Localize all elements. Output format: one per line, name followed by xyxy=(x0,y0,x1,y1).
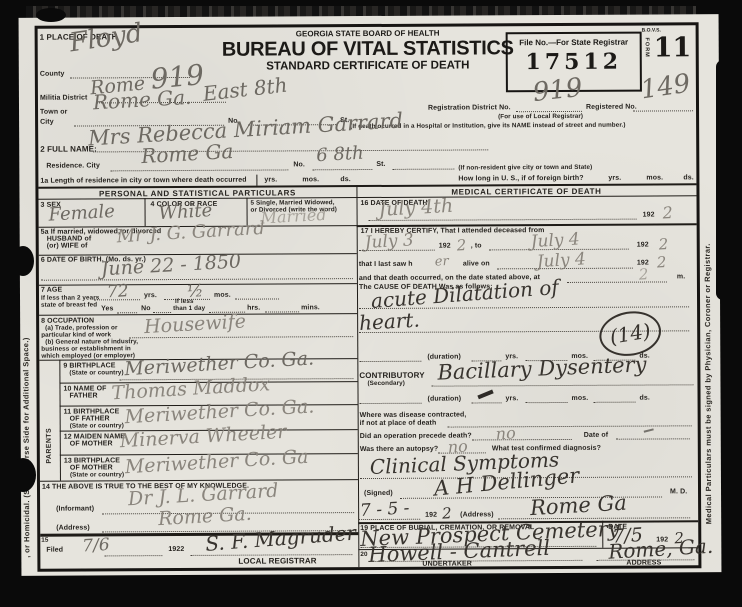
contributory-sub: (Secondary) xyxy=(367,380,405,387)
to-year-digit: 2 xyxy=(658,235,669,254)
contracted-label-2: if not at place of death xyxy=(360,420,437,427)
scanned-death-certificate: , or Homicidal. (See Reverse Side for Ad… xyxy=(0,0,742,607)
right-margin-note: Medical Particulars must be signed by Ph… xyxy=(702,74,713,524)
from-line xyxy=(359,249,435,251)
breastfed-no-label: No xyxy=(141,305,151,312)
duration2-mos: mos. xyxy=(572,395,589,402)
contracted-line xyxy=(448,424,692,427)
dod-year-digit: 2 xyxy=(662,203,673,223)
certificate-form: 1 PLACE OF DEATH Floyd County GEORGIA ST… xyxy=(35,22,702,571)
left-margin-note: , or Homicidal. (See Reverse Side for Ad… xyxy=(20,138,31,558)
sign-date-line xyxy=(358,518,420,520)
residence-no-label: No. xyxy=(293,161,305,168)
mins-label: mins. xyxy=(301,304,320,311)
attended-to-handwritten: July 4 xyxy=(530,229,580,252)
breastfed-yes-label: Yes xyxy=(101,305,113,312)
filed-year: 1922 xyxy=(168,546,184,553)
sign-address-handwritten: Rome Ga xyxy=(529,491,627,521)
contributory-line xyxy=(431,383,693,386)
sign-year-digit: 2 xyxy=(442,504,453,523)
date-of-pen-mark xyxy=(644,428,654,432)
contracted-label-1: Where was disease contracted, xyxy=(360,411,467,419)
last-saw-handwritten: July 4 xyxy=(536,249,586,272)
spouse-label-3: (or) WIFE of xyxy=(47,242,88,249)
age-note-2: state of breast fed xyxy=(41,301,97,308)
age-ds-line xyxy=(235,297,279,299)
occurred-handwritten: 2 xyxy=(638,265,649,284)
residence-st-label: St. xyxy=(376,161,385,168)
registered-no-handwritten: 149 xyxy=(639,69,692,106)
mother-bp-sub: (State or country) xyxy=(70,471,124,478)
spouse-handwritten: Mr J. G. Garrard xyxy=(116,218,265,248)
torn-edge-blob-4 xyxy=(716,60,730,300)
undertaker-address-label: ADDRESS xyxy=(626,559,661,566)
file-number-value: 17512 xyxy=(508,49,640,76)
age-yrs-label: yrs. xyxy=(144,292,157,299)
alive-on-label: alive on xyxy=(463,260,490,267)
to-label: , to xyxy=(471,242,482,249)
yes-line xyxy=(117,311,137,313)
age-yrs-handwritten: 72 xyxy=(106,281,129,302)
dod-line xyxy=(369,218,637,221)
residence-handwritten: Rome Ga xyxy=(141,139,234,168)
duration2-pen-mark xyxy=(477,390,493,400)
filed-label: Filed xyxy=(46,547,63,554)
occupation-line xyxy=(129,335,353,338)
informant-address-handwritten: Rome Ga. xyxy=(158,503,253,530)
than1day-label: than 1 day xyxy=(173,305,205,312)
marital-handwritten: Married xyxy=(260,205,327,228)
local-registrar-label: LOCAL REGISTRAR xyxy=(238,556,316,565)
militia-district-label: Militia District xyxy=(40,94,88,101)
sex-race-divider xyxy=(144,198,145,226)
undertaker-label: UNDERTAKER xyxy=(422,560,472,567)
local-use-note: (For use of Local Registrar) xyxy=(498,113,583,120)
registered-no-line xyxy=(633,109,693,111)
hrs-label: hrs. xyxy=(247,305,260,312)
father-name-label-2: FATHER xyxy=(70,392,98,399)
to-192: 192 xyxy=(637,242,649,249)
sign-address-label: (Address) xyxy=(460,511,494,518)
town-label-1: Town or xyxy=(40,109,67,116)
dod-192: 192 xyxy=(643,212,655,219)
occupation-handwritten: Housewife xyxy=(144,310,247,338)
undertaker-item-no: 20 xyxy=(360,551,367,558)
length-ds: ds. xyxy=(340,176,350,183)
residence-line xyxy=(110,168,288,171)
length-yrs: yrs. xyxy=(264,176,277,183)
how-long-us-label: How long in U. S., if of foreign birth? xyxy=(458,175,583,183)
age-label: 7 AGE xyxy=(41,287,62,294)
torn-edge-blob-3 xyxy=(36,8,66,22)
parents-divider xyxy=(59,360,61,481)
form-word: FORM xyxy=(644,38,650,58)
sex-handwritten: Female xyxy=(48,201,115,226)
parents-label: PARENTS xyxy=(45,384,52,464)
m-label: m. xyxy=(677,273,685,280)
date-of-death-handwritten: July 4th xyxy=(378,195,454,221)
duration2-dash-a xyxy=(360,402,422,404)
file-number-label: File No.—For State Registrar xyxy=(508,38,640,48)
occurred-line xyxy=(567,280,667,283)
signed-label: (Signed) xyxy=(364,490,393,497)
filed-item-no: 15 xyxy=(41,537,48,544)
form-number-block: B.O.V.S. FORM 11 xyxy=(642,27,692,33)
registration-district-handwritten: 919 xyxy=(531,73,584,108)
certificate-paper: , or Homicidal. (See Reverse Side for Ad… xyxy=(19,14,722,576)
torn-edge-blob-2 xyxy=(10,458,36,492)
dob-line xyxy=(41,277,353,281)
certificate-subtitle: STANDARD CERTIFICATE OF DEATH xyxy=(266,59,469,72)
filed-line-1 xyxy=(104,554,162,556)
town-label-2: City xyxy=(40,119,54,126)
county-handwritten: Floyd xyxy=(68,18,145,58)
us-mos: mos. xyxy=(646,174,663,181)
town-handwritten: Rome Ga. xyxy=(92,85,192,115)
duration2-dash-c xyxy=(526,401,568,403)
last-saw-suffix: er xyxy=(434,254,449,270)
nonresident-note: (If non-resident give city or town and S… xyxy=(458,164,592,172)
duration2-dash-b xyxy=(472,401,502,403)
from-192: 192 xyxy=(439,243,451,250)
county-label: County xyxy=(40,71,65,78)
length-mos: mos. xyxy=(302,176,319,183)
date-of-line xyxy=(616,437,690,439)
us-yrs: yrs. xyxy=(608,175,621,182)
father-bp-sub: (State or country) xyxy=(70,422,124,429)
residence-st-line xyxy=(392,168,454,170)
bureau-title: BUREAU OF VITAL STATISTICS xyxy=(222,37,514,62)
last-saw-label: that I last saw h xyxy=(359,261,413,268)
operation-line xyxy=(472,438,572,441)
street-handwritten: East 8th xyxy=(202,73,289,106)
no-line xyxy=(153,311,171,313)
informant-address-label: (Address) xyxy=(56,524,90,531)
age-mos-label: mos. xyxy=(214,292,231,299)
birthplace-sub: (State or country) xyxy=(69,369,123,376)
mother-name-label-2: OF MOTHER xyxy=(70,440,113,447)
lastsaw-year-digit: 2 xyxy=(656,253,667,272)
informant-label: (Informant) xyxy=(56,505,94,512)
registration-district-line xyxy=(516,110,582,112)
registered-no-label: Registered No. xyxy=(586,104,637,111)
residence-no-line xyxy=(312,168,372,170)
duration2-yrs: yrs. xyxy=(506,395,519,402)
residence-no-handwritten: 6 8th xyxy=(316,143,365,167)
sign-192: 192 xyxy=(425,512,437,519)
mins-line xyxy=(265,310,299,312)
registration-district-label: Registration District No. xyxy=(428,104,511,111)
length-divider xyxy=(256,175,257,186)
parents-line-5 xyxy=(40,479,358,482)
md-label: M. D. xyxy=(670,488,687,495)
duration2-dash-d xyxy=(594,401,636,403)
us-ds: ds. xyxy=(683,174,693,181)
residence-label: Residence. City xyxy=(46,162,100,169)
contributory-handwritten: Bacillary Dysentery xyxy=(437,352,647,384)
length-of-residence-label: 1a Length of residence in city or town w… xyxy=(40,177,246,185)
torn-edge-blob-1 xyxy=(12,246,34,276)
filed-date-handwritten: 7/6 xyxy=(82,535,110,557)
from-year-digit: 2 xyxy=(456,236,467,255)
date-of-label: Date of xyxy=(584,432,608,439)
duration1-dash-a xyxy=(359,360,421,362)
form-number: 11 xyxy=(654,32,692,63)
contributory-label: CONTRIBUTORY xyxy=(359,371,424,380)
mother-bp-handwritten: Meriwether Co. Ga xyxy=(124,446,309,479)
duration2-ds: ds. xyxy=(640,395,650,402)
duration2-label: (duration) xyxy=(428,396,462,403)
